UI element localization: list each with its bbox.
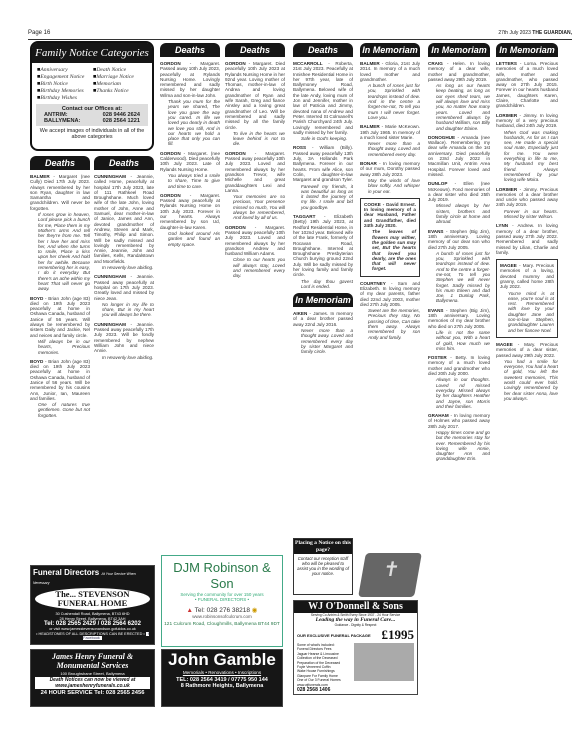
categories-list: Anniversary Death Notice Engagement Noti…: [32, 63, 152, 101]
ad-wj-odonnell: WJ O'Donnell & Sons Serving Co Antrim & …: [293, 600, 418, 695]
section-memoriam: In Memoriam: [496, 43, 558, 57]
bible-icon: [358, 553, 422, 597]
category-item: Memoriam: [93, 81, 147, 87]
notice: DUNLOP - Ellen (nee McKeown). Fond memor…: [428, 181, 490, 224]
ad-djm-robinson: DJM Robinson & Son Serving the community…: [161, 555, 283, 647]
section-deaths: Deaths: [225, 43, 285, 57]
notice: CRAIG - Helen. In loving memory of a dea…: [428, 61, 490, 131]
ad-stevenson-funeral-home: Funeral Directors At Your Service When N…: [30, 565, 155, 645]
section-deaths: Deaths: [160, 43, 220, 57]
category-item: Anniversary: [37, 67, 91, 73]
section-deaths: Deaths: [30, 156, 90, 170]
notice: CUNNINGHAM - Jeannie, called Home, peace…: [94, 174, 154, 270]
notice: FOSTER - Betty. In loving memory of a mu…: [428, 355, 490, 409]
issue-date: 27th July 2023 THE GUARDIAN,: [498, 30, 572, 36]
notice: ROSS - William (Billy). Passed away peac…: [293, 145, 353, 210]
stevenson-logo: The... STEVENSONFUNERAL HOME: [35, 588, 150, 610]
column-7: In Memoriam CRAIG - Helen. In loving mem…: [428, 40, 490, 720]
category-item: Birthday Memories: [37, 88, 91, 94]
category-item: Birth Notice: [37, 81, 91, 87]
notice: GORDON - Margaret. Passed away peacefull…: [225, 151, 285, 221]
notice: AIKEN - James. In memory of a dear broth…: [293, 311, 353, 354]
warning-triangle-icon: ▲: [187, 607, 193, 614]
images-note: We accept images of individuals in all o…: [32, 126, 152, 142]
categories-title: Family Notice Categories: [32, 43, 152, 63]
notice: LETTERS - Lorna. Precious memories of a …: [496, 61, 558, 109]
section-memoriam: In Memoriam: [428, 43, 490, 57]
package-list: Some of what's included: Funeral Directo…: [294, 643, 352, 687]
notice: COURTNEY - Sam and Elizabeth. In loving …: [360, 281, 420, 340]
ad-james-henry: James Henry Funeral & Monumental Service…: [30, 649, 155, 707]
section-memoriam: In Memoriam: [360, 43, 420, 57]
ad-john-gamble: John Gamble Memorials • Renovations • In…: [161, 649, 283, 707]
notice: GORDON - Margaret. Passed away peacefull…: [160, 193, 220, 247]
column-5: Deaths MCCARROLL - Roberta, 21st July 20…: [293, 40, 353, 535]
notice: CUNNINGHAM - Jeannie. Passed away peacef…: [94, 274, 154, 317]
notice: DONOGHUE - Amanda (nee Wallace). Remembe…: [428, 135, 490, 177]
crest-icon: ◉: [252, 607, 258, 614]
notice: BALMER - Margaret (nee Cully) Died 17th …: [30, 174, 90, 292]
section-deaths: Deaths: [293, 43, 353, 57]
column-8: In Memoriam LETTERS - Lorna. Precious me…: [496, 40, 558, 720]
notice: BONAR - In loving memory of our mum, Dor…: [360, 161, 420, 194]
category-item: Marriage Notice: [93, 74, 147, 80]
office-ballymena: BALLYMENA:028 2564 1221: [44, 118, 140, 124]
notice: CUNNINGHAM - Jeannie. Passed away peacef…: [94, 322, 154, 360]
notice: EVANS - Stephen (Big Jim), 18th annivers…: [428, 308, 490, 351]
column-2: Deaths CUNNINGHAM - Jeannie, called Home…: [94, 153, 154, 364]
column-6: In Memoriam BALMER - Gloria, 21st July 2…: [360, 40, 420, 550]
notice: LORIMER - Jimmy. In loving memory of a v…: [496, 113, 558, 183]
page-header: Page 16 27th July 2023 THE GUARDIAN,: [28, 28, 572, 40]
notice: GORDON - Margaret. (nee Calderwood). Die…: [160, 151, 220, 189]
column-1: Deaths BALMER - Margaret (nee Cully) Die…: [30, 153, 90, 422]
funeral-home-photo: [354, 643, 414, 681]
notice: GORDON - Margaret. Passed away peacefull…: [225, 225, 285, 279]
section-memoriam: In Memoriam: [293, 293, 353, 307]
notice: GORDON - Margaret. Passed away 10th July…: [160, 61, 220, 147]
notice: TAGGART - Elizabeth (Betty) 19th July 20…: [293, 214, 353, 289]
category-item: Engagement Notice: [37, 74, 91, 80]
category-item: Thanks Notice: [93, 88, 147, 94]
notice: MAGEE - Mary. Precious memories of a dea…: [496, 342, 558, 401]
placing-notice-box: Placing a Notice on this page? Contact o…: [293, 538, 353, 595]
category-item: Death Notice: [93, 67, 147, 73]
notice: EVANS - Stephen (Big Jim), 18th annivers…: [428, 229, 490, 304]
notice: GORDON - Margaret. Died peacefully 10th …: [225, 61, 285, 147]
column-4: Deaths GORDON - Margaret. Died peacefull…: [225, 40, 285, 550]
notice: BALMER - Marie McKeown. 19th July 1965. …: [360, 124, 420, 157]
category-item: Birthday Wishes: [37, 95, 91, 101]
notice: GRAHAM - In loving memory of Holmes who …: [428, 413, 490, 462]
notice: BOYD - Brian John (age 83) died on 19th …: [30, 296, 90, 355]
notice: LYNN - Andrew. In loving memory of a dea…: [496, 223, 558, 255]
notice-boxed: COOKE - David Ernest. In loving memory o…: [360, 198, 420, 277]
notice: BOYD - Brian John (age 83) died on 19th …: [30, 359, 90, 418]
family-notice-categories: Family Notice Categories Anniversary Dea…: [30, 41, 154, 151]
column-3: Deaths GORDON - Margaret. Passed away 10…: [160, 40, 220, 550]
notice: LORIMER - Jimmy. Precious memories of a …: [496, 187, 558, 220]
contact-box: Contact our Offices at: ANTRIM:028 9446 …: [36, 104, 148, 126]
notice: MCCARROLL - Roberta, 21st July 2023. Pea…: [293, 61, 353, 141]
section-deaths: Deaths: [94, 156, 154, 170]
notice: BALMER - Gloria, 21st July 2014. In memo…: [360, 61, 420, 120]
notice-boxed: MAGEE - Mary. Precious memories of a lov…: [496, 259, 558, 338]
page-number: Page 16: [28, 30, 50, 36]
